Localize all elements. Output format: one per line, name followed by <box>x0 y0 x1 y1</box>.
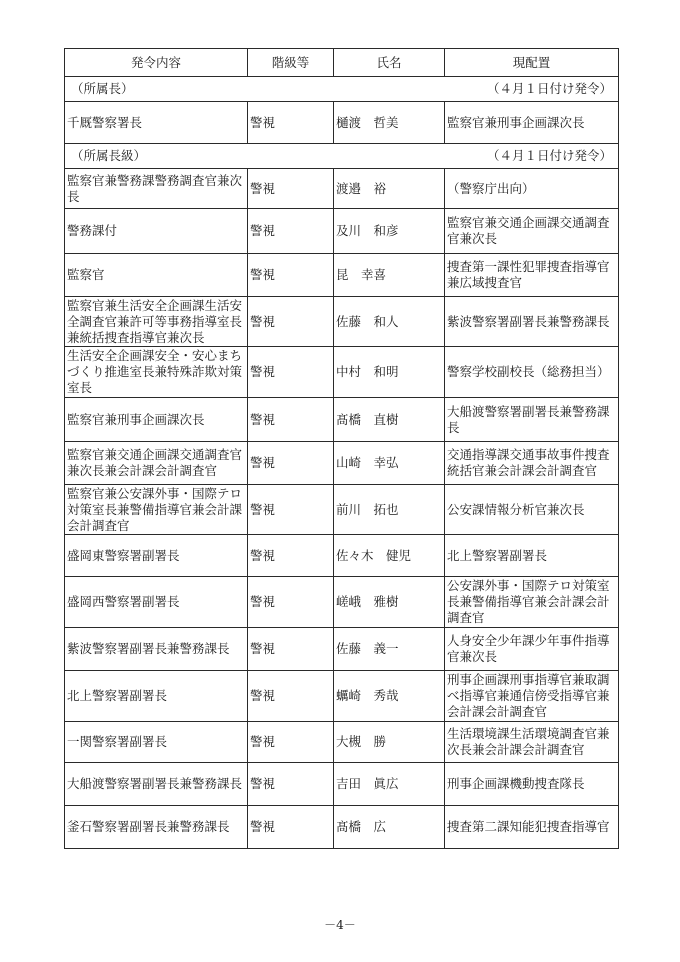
table-row: 釜石警察署副署長兼警務課長警視髙橋 広捜査第二課知能犯捜査指導官 <box>65 806 619 849</box>
appointment-cell: 紫波警察署副署長兼警務課長 <box>65 628 248 671</box>
appointment-cell: 釜石警察署副署長兼警務課長 <box>65 806 248 849</box>
header-current-post: 現配置 <box>445 49 619 77</box>
rank-cell: 警視 <box>248 254 334 297</box>
current-post-cell: 監察官兼刑事企画課次長 <box>445 102 619 144</box>
name-cell: 前川 拓也 <box>334 485 445 535</box>
name-cell: 髙橋 直樹 <box>334 398 445 442</box>
table-row: 一関警察署副署長警視大槻 勝生活環境課生活環境調査官兼次長兼会計課会計調査官 <box>65 722 619 763</box>
section-date-note: （４月１日付け発令） <box>487 148 612 164</box>
section-label: （所属長級） <box>71 148 146 164</box>
current-post-cell: 人身安全少年課少年事件指導官兼次長 <box>445 628 619 671</box>
table-row: 監察官兼公安課外事・国際テロ対策室長兼警備指導官兼会計課会計調査官警視前川 拓也… <box>65 485 619 535</box>
rank-cell: 警視 <box>248 297 334 347</box>
document-page: 発令内容 階級等 氏名 現配置 （所属長）（４月１日付け発令）千厩警察署長警視樋… <box>0 0 680 962</box>
header-appointment: 発令内容 <box>65 49 248 77</box>
table-row: 監察官警視昆 幸喜捜査第一課性犯罪捜査指導官兼広域捜査官 <box>65 254 619 297</box>
current-post-cell: 捜査第二課知能犯捜査指導官 <box>445 806 619 849</box>
appointment-cell: 北上警察署副署長 <box>65 671 248 722</box>
appointment-cell: 監察官兼公安課外事・国際テロ対策室長兼警備指導官兼会計課会計調査官 <box>65 485 248 535</box>
name-cell: 吉田 眞広 <box>334 763 445 806</box>
current-post-cell: 公安課情報分析官兼次長 <box>445 485 619 535</box>
appointment-cell: 監察官兼生活安全企画課生活安全調査官兼許可等事務指導室長兼統括捜査指導官兼次長 <box>65 297 248 347</box>
rank-cell: 警視 <box>248 671 334 722</box>
name-cell: 中村 和明 <box>334 347 445 398</box>
table-row: 盛岡西警察署副署長警視嵯峨 雅樹公安課外事・国際テロ対策室長兼警備指導官兼会計課… <box>65 577 619 628</box>
appointment-cell: 警務課付 <box>65 209 248 254</box>
rank-cell: 警視 <box>248 763 334 806</box>
table-row: 監察官兼交通企画課交通調査官兼次長兼会計課会計調査官警視山崎 幸弘交通指導課交通… <box>65 442 619 485</box>
section-header-row: （所属長）（４月１日付け発令） <box>65 77 619 102</box>
section-header-cell: （所属長級）（４月１日付け発令） <box>65 144 619 169</box>
name-cell: 山崎 幸弘 <box>334 442 445 485</box>
name-cell: 及川 和彦 <box>334 209 445 254</box>
section-date-note: （４月１日付け発令） <box>487 81 612 97</box>
table-row: 大船渡警察署副署長兼警務課長警視吉田 眞広刑事企画課機動捜査隊長 <box>65 763 619 806</box>
name-cell: 渡邉 裕 <box>334 169 445 209</box>
table-row: 北上警察署副署長警視蠣崎 秀哉刑事企画課刑事指導官兼取調べ指導官兼通信傍受指導官… <box>65 671 619 722</box>
current-post-cell: 警察学校副校長（総務担当） <box>445 347 619 398</box>
current-post-cell: 大船渡警察署副署長兼警務課長 <box>445 398 619 442</box>
name-cell: 佐々木 健児 <box>334 535 445 577</box>
appointment-cell: 監察官兼刑事企画課次長 <box>65 398 248 442</box>
rank-cell: 警視 <box>248 577 334 628</box>
table-row: 盛岡東警察署副署長警視佐々木 健児北上警察署副署長 <box>65 535 619 577</box>
rank-cell: 警視 <box>248 442 334 485</box>
header-rank: 階級等 <box>248 49 334 77</box>
rank-cell: 警視 <box>248 628 334 671</box>
name-cell: 嵯峨 雅樹 <box>334 577 445 628</box>
table-body: （所属長）（４月１日付け発令）千厩警察署長警視樋渡 哲美監察官兼刑事企画課次長（… <box>65 77 619 849</box>
personnel-table: 発令内容 階級等 氏名 現配置 （所属長）（４月１日付け発令）千厩警察署長警視樋… <box>64 48 619 849</box>
rank-cell: 警視 <box>248 102 334 144</box>
table-row: 紫波警察署副署長兼警務課長警視佐藤 義一人身安全少年課少年事件指導官兼次長 <box>65 628 619 671</box>
table-row: 監察官兼警務課警務調査官兼次長警視渡邉 裕（警察庁出向） <box>65 169 619 209</box>
header-name: 氏名 <box>334 49 445 77</box>
name-cell: 髙橋 広 <box>334 806 445 849</box>
appointment-cell: 千厩警察署長 <box>65 102 248 144</box>
table-header-row: 発令内容 階級等 氏名 現配置 <box>65 49 619 77</box>
appointment-cell: 一関警察署副署長 <box>65 722 248 763</box>
table-row: 千厩警察署長警視樋渡 哲美監察官兼刑事企画課次長 <box>65 102 619 144</box>
rank-cell: 警視 <box>248 485 334 535</box>
current-post-cell: （警察庁出向） <box>445 169 619 209</box>
current-post-cell: 北上警察署副署長 <box>445 535 619 577</box>
rank-cell: 警視 <box>248 398 334 442</box>
name-cell: 佐藤 義一 <box>334 628 445 671</box>
current-post-cell: 紫波警察署副署長兼警務課長 <box>445 297 619 347</box>
current-post-cell: 捜査第一課性犯罪捜査指導官兼広域捜査官 <box>445 254 619 297</box>
name-cell: 蠣崎 秀哉 <box>334 671 445 722</box>
rank-cell: 警視 <box>248 169 334 209</box>
rank-cell: 警視 <box>248 347 334 398</box>
section-label: （所属長） <box>71 81 134 97</box>
rank-cell: 警視 <box>248 722 334 763</box>
section-header-row: （所属長級）（４月１日付け発令） <box>65 144 619 169</box>
appointment-cell: 盛岡東警察署副署長 <box>65 535 248 577</box>
table-row: 警務課付警視及川 和彦監察官兼交通企画課交通調査官兼次長 <box>65 209 619 254</box>
current-post-cell: 監察官兼交通企画課交通調査官兼次長 <box>445 209 619 254</box>
appointment-cell: 監察官兼交通企画課交通調査官兼次長兼会計課会計調査官 <box>65 442 248 485</box>
current-post-cell: 交通指導課交通事故事件捜査統括官兼会計課会計調査官 <box>445 442 619 485</box>
rank-cell: 警視 <box>248 806 334 849</box>
appointment-cell: 大船渡警察署副署長兼警務課長 <box>65 763 248 806</box>
name-cell: 昆 幸喜 <box>334 254 445 297</box>
appointment-cell: 監察官兼警務課警務調査官兼次長 <box>65 169 248 209</box>
appointment-cell: 生活安全企画課安全・安心まちづくり推進室長兼特殊詐欺対策室長 <box>65 347 248 398</box>
table-row: 生活安全企画課安全・安心まちづくり推進室長兼特殊詐欺対策室長警視中村 和明警察学… <box>65 347 619 398</box>
table-row: 監察官兼刑事企画課次長警視髙橋 直樹大船渡警察署副署長兼警務課長 <box>65 398 619 442</box>
page-number: －4－ <box>0 916 680 933</box>
name-cell: 大槻 勝 <box>334 722 445 763</box>
appointment-cell: 監察官 <box>65 254 248 297</box>
appointment-cell: 盛岡西警察署副署長 <box>65 577 248 628</box>
current-post-cell: 生活環境課生活環境調査官兼次長兼会計課会計調査官 <box>445 722 619 763</box>
current-post-cell: 刑事企画課刑事指導官兼取調べ指導官兼通信傍受指導官兼会計課会計調査官 <box>445 671 619 722</box>
current-post-cell: 公安課外事・国際テロ対策室長兼警備指導官兼会計課会計調査官 <box>445 577 619 628</box>
name-cell: 佐藤 和人 <box>334 297 445 347</box>
name-cell: 樋渡 哲美 <box>334 102 445 144</box>
rank-cell: 警視 <box>248 209 334 254</box>
rank-cell: 警視 <box>248 535 334 577</box>
table-row: 監察官兼生活安全企画課生活安全調査官兼許可等事務指導室長兼統括捜査指導官兼次長警… <box>65 297 619 347</box>
current-post-cell: 刑事企画課機動捜査隊長 <box>445 763 619 806</box>
section-header-cell: （所属長）（４月１日付け発令） <box>65 77 619 102</box>
